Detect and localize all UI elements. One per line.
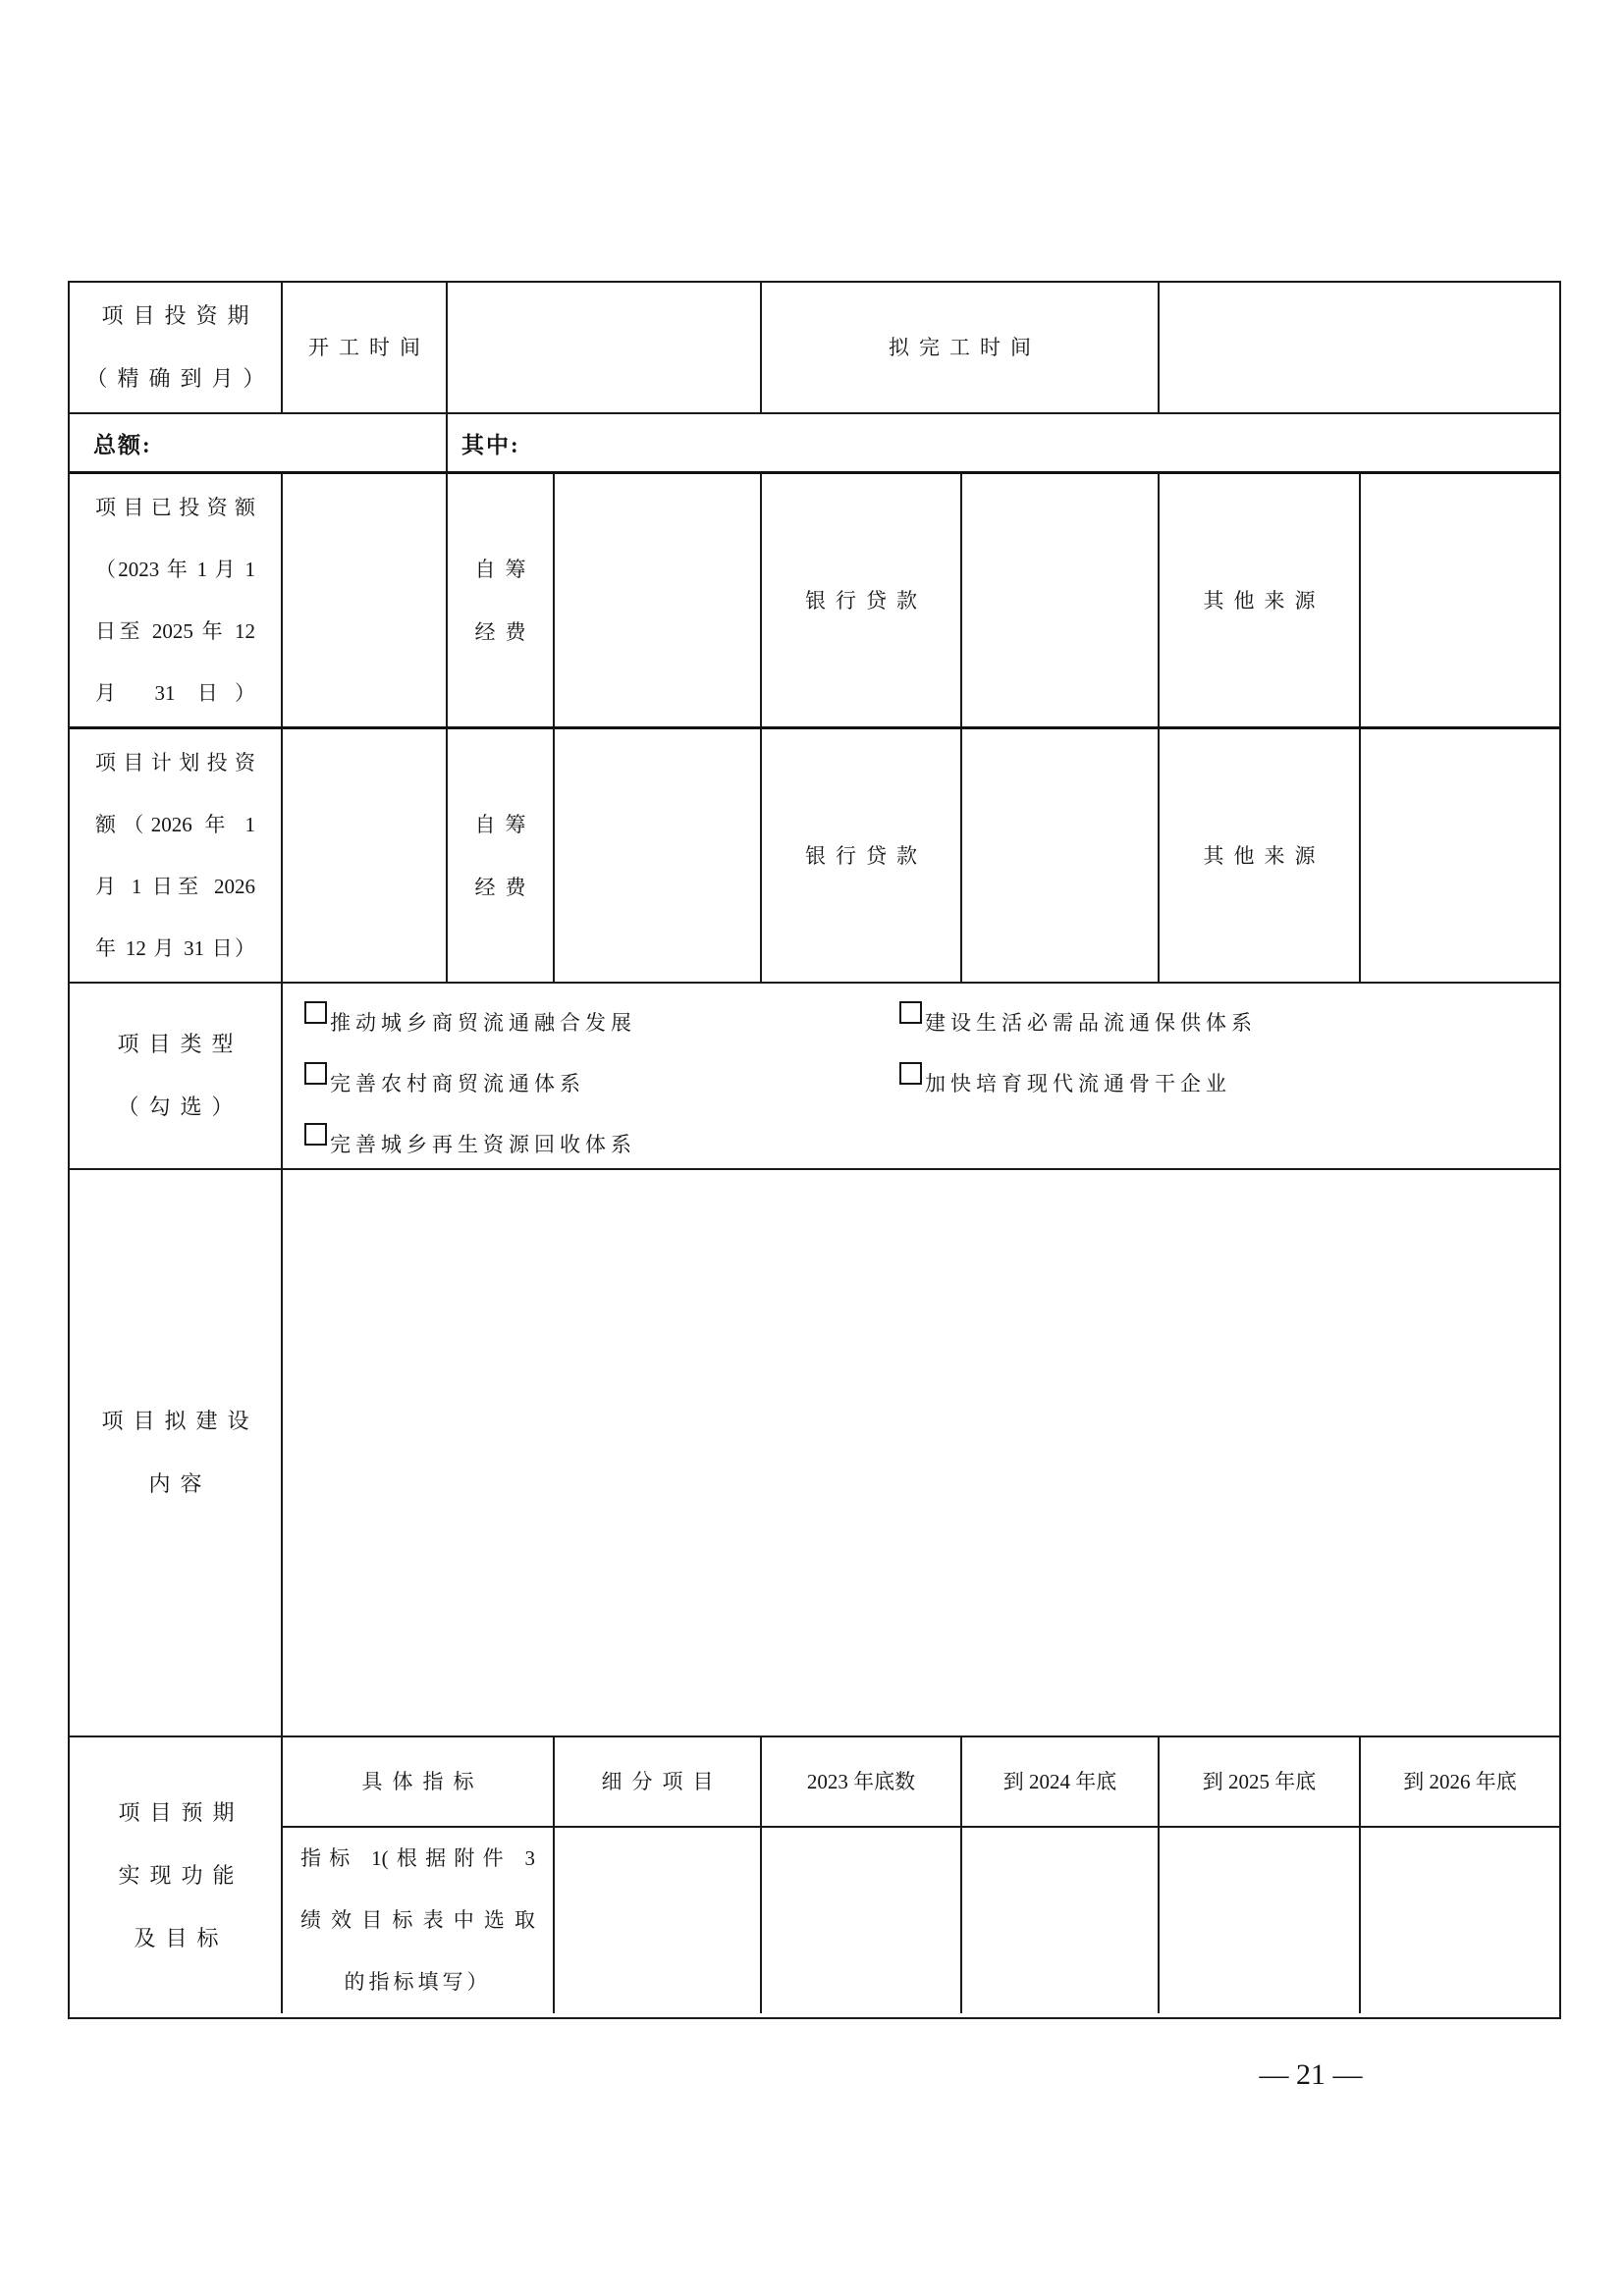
invested-amount-value-cell[interactable]	[283, 474, 448, 726]
indicator-1-end-2025-cell[interactable]	[1160, 1828, 1361, 2013]
cell-invested-other-source-label: 其他来源	[1160, 474, 1361, 726]
cell-among-label[interactable]: 其中:	[448, 414, 1559, 471]
indicator-1-end-2023-cell[interactable]	[762, 1828, 962, 2013]
invested-self-raised-line1: 自筹	[475, 538, 536, 601]
checkbox-icon[interactable]	[899, 1062, 922, 1085]
indicator-1-line1: 指标 1(根据附件 3	[300, 1828, 535, 1890]
investment-period-label-line2: （精确到月）	[85, 347, 274, 410]
page-number: — 21 —	[1213, 2057, 1409, 2093]
row-total-amount: 总额: 其中:	[70, 414, 1559, 474]
application-form-table: 项目投资期 （精确到月） 开工时间 拟完工时间 总额: 其中: 项目已投	[68, 281, 1561, 2019]
checkbox-icon[interactable]	[304, 1062, 327, 1085]
cell-invested-bank-loan-label: 银行贷款	[762, 474, 962, 726]
project-type-label-line1: 项目类型	[117, 1013, 243, 1076]
project-type-options: 推动城乡商贸流通融合发展 完善农村商贸流通体系 完善城乡再生资源回收体系 建设生…	[283, 984, 1559, 1168]
finish-time-label: 拟完工时间	[889, 316, 1041, 379]
project-type-options-cell: 推动城乡商贸流通融合发展 完善农村商贸流通体系 完善城乡再生资源回收体系 建设生…	[283, 984, 1559, 1168]
option-label: 完善城乡再生资源回收体系	[330, 1133, 636, 1156]
project-type-label-line2: （勾选）	[117, 1076, 243, 1139]
row-investment-period: 项目投资期 （精确到月） 开工时间 拟完工时间	[70, 283, 1559, 414]
option-label: 建设生活必需品流通保供体系	[925, 1011, 1257, 1035]
planned-bank-loan-value-cell[interactable]	[962, 729, 1160, 982]
row-project-type: 项目类型 （勾选） 推动城乡商贸流通融合发展 完善农村商贸流通体系 完善城乡再生…	[70, 984, 1559, 1170]
checkbox-icon[interactable]	[899, 1001, 922, 1024]
construction-content-label-line2: 内容	[148, 1453, 211, 1516]
row-invested-amount: 项目已投资额 （2023 年 1 月 1 日至 2025 年 12 月 31 日…	[70, 474, 1559, 729]
planned-other-source-value-cell[interactable]	[1361, 729, 1559, 982]
planned-amount-value-cell[interactable]	[283, 729, 448, 982]
construction-content-label-line1: 项目拟建设	[101, 1390, 258, 1453]
cell-start-time-label: 开工时间	[283, 283, 448, 412]
indicator-1-end-2026-cell[interactable]	[1361, 1828, 1559, 2013]
cell-header-end-2026: 到 2026 年底	[1361, 1737, 1559, 1828]
start-time-label: 开工时间	[308, 316, 430, 379]
cell-construction-content-label: 项目拟建设 内容	[70, 1170, 283, 1735]
invested-label-line1: 项目已投资额	[95, 477, 255, 539]
planned-bank-loan-label: 银行贷款	[805, 825, 927, 887]
planned-label-line2: 额（2026 年 1	[95, 794, 255, 856]
option-rural-trade-system[interactable]: 完善农村商贸流通体系	[304, 1053, 636, 1114]
option-label: 推动城乡商贸流通融合发展	[330, 1011, 636, 1035]
cell-header-end-2024: 到 2024 年底	[962, 1737, 1160, 1828]
cell-invested-amount-label: 项目已投资额 （2023 年 1 月 1 日至 2025 年 12 月 31 日…	[70, 474, 283, 726]
planned-self-raised-line1: 自筹	[475, 793, 536, 856]
cell-invested-self-raised-label: 自筹 经费	[448, 474, 555, 726]
invested-bank-loan-label: 银行贷款	[805, 569, 927, 632]
expected-goals-label-line2: 实现功能	[118, 1844, 243, 1907]
cell-header-specific-indicator: 具体指标	[283, 1737, 555, 1828]
invested-other-source-label: 其他来源	[1204, 569, 1325, 632]
cell-project-type-label: 项目类型 （勾选）	[70, 984, 283, 1168]
row-construction-content: 项目拟建设 内容	[70, 1170, 1559, 1737]
invested-other-source-value-cell[interactable]	[1361, 474, 1559, 726]
indicator-1-end-2024-cell[interactable]	[962, 1828, 1160, 2013]
finish-time-value-cell[interactable]	[1160, 283, 1559, 412]
indicator-1-sub-project-cell[interactable]	[555, 1828, 762, 2013]
checkbox-icon[interactable]	[304, 1001, 327, 1024]
header-end-2023: 2023 年底数	[807, 1750, 915, 1813]
among-label: 其中:	[461, 427, 520, 459]
planned-label-line3: 月 1 日至 2026	[95, 856, 255, 918]
row-goals-header: 具体指标 细分项目 2023 年底数 到 2024 年底 到 2025 年底 到…	[70, 1737, 1559, 1828]
cell-planned-other-source-label: 其他来源	[1160, 729, 1361, 982]
cell-header-end-2025: 到 2025 年底	[1160, 1737, 1361, 1828]
header-end-2025: 到 2025 年底	[1203, 1750, 1317, 1813]
expected-goals-label-line3: 及目标	[134, 1907, 228, 1970]
cell-header-end-2023: 2023 年底数	[762, 1737, 962, 1828]
cell-planned-bank-loan-label: 银行贷款	[762, 729, 962, 982]
option-recycling-system[interactable]: 完善城乡再生资源回收体系	[304, 1114, 636, 1168]
header-end-2026: 到 2026 年底	[1403, 1750, 1517, 1813]
planned-other-source-label: 其他来源	[1204, 825, 1325, 887]
options-column-left: 推动城乡商贸流通融合发展 完善农村商贸流通体系 完善城乡再生资源回收体系	[304, 992, 636, 1168]
invested-label-line2: （2023 年 1 月 1	[95, 539, 255, 601]
row-planned-amount: 项目计划投资 额（2026 年 1 月 1 日至 2026 年 12 月 31 …	[70, 729, 1559, 984]
checkbox-icon[interactable]	[304, 1123, 327, 1146]
cell-header-sub-project: 细分项目	[555, 1737, 762, 1828]
indicator-1-line3: 的指标填写）	[300, 1951, 535, 2013]
planned-label-line1: 项目计划投资	[95, 732, 255, 794]
option-label: 完善农村商贸流通体系	[330, 1072, 585, 1095]
start-time-value-cell[interactable]	[448, 283, 762, 412]
expected-goals-label-line1: 项目预期	[118, 1782, 243, 1844]
invested-self-raised-line2: 经费	[475, 601, 536, 664]
header-specific-indicator: 具体指标	[362, 1750, 484, 1813]
cell-finish-time-label: 拟完工时间	[762, 283, 1160, 412]
row-indicator-1: 指标 1(根据附件 3 绩效目标表中选取 的指标填写）	[70, 1828, 1559, 2013]
invested-label-line4: 月 31 日）	[95, 663, 255, 724]
options-column-right: 建设生活必需品流通保供体系 加快培育现代流通骨干企业	[899, 992, 1257, 1114]
total-amount-label: 总额:	[93, 427, 152, 459]
option-urban-rural-integration[interactable]: 推动城乡商贸流通融合发展	[304, 992, 636, 1053]
cell-total-amount-label: 总额:	[70, 414, 448, 471]
option-necessities-supply-system[interactable]: 建设生活必需品流通保供体系	[899, 992, 1257, 1053]
planned-self-raised-value-cell[interactable]	[555, 729, 762, 982]
invested-self-raised-value-cell[interactable]	[555, 474, 762, 726]
option-backbone-enterprises[interactable]: 加快培育现代流通骨干企业	[899, 1053, 1257, 1114]
planned-self-raised-line2: 经费	[475, 856, 536, 919]
cell-indicator-1-label: 指标 1(根据附件 3 绩效目标表中选取 的指标填写）	[283, 1828, 555, 2013]
investment-period-label-line1: 项目投资期	[101, 285, 258, 347]
option-label: 加快培育现代流通骨干企业	[925, 1072, 1231, 1095]
indicator-1-line2: 绩效目标表中选取	[300, 1890, 535, 1951]
invested-bank-loan-value-cell[interactable]	[962, 474, 1160, 726]
header-sub-project: 细分项目	[602, 1750, 724, 1813]
invested-label-line3: 日至 2025 年 12	[95, 601, 255, 663]
header-end-2024: 到 2024 年底	[1003, 1750, 1117, 1813]
construction-content-value-cell[interactable]	[283, 1170, 1559, 1735]
cell-investment-period-label: 项目投资期 （精确到月）	[70, 283, 283, 412]
cell-planned-self-raised-label: 自筹 经费	[448, 729, 555, 982]
document-page: 项目投资期 （精确到月） 开工时间 拟完工时间 总额: 其中: 项目已投	[0, 0, 1623, 2296]
cell-planned-amount-label: 项目计划投资 额（2026 年 1 月 1 日至 2026 年 12 月 31 …	[70, 729, 283, 982]
cell-expected-goals-label: 项目预期 实现功能 及目标	[70, 1737, 283, 2013]
planned-label-line4: 年 12 月 31 日）	[95, 918, 255, 980]
